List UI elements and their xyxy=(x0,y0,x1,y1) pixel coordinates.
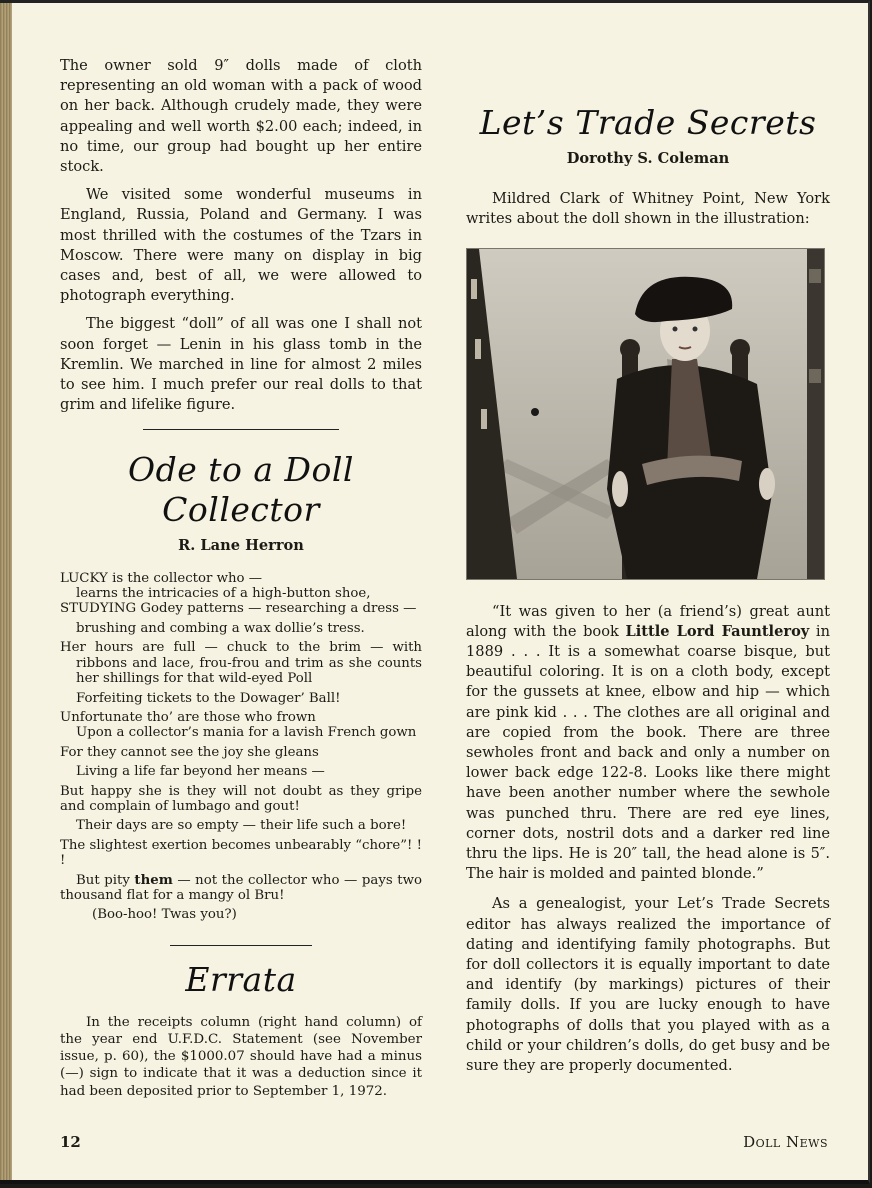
poem-line: LUCKY is the collector who — xyxy=(60,571,422,586)
poem-line: Forfeiting tickets to the Dowager’ Ball! xyxy=(60,691,422,706)
poem-line: learns the intricacies of a high-button … xyxy=(60,586,422,601)
ode-title: Ode to a Doll Collector xyxy=(60,450,422,530)
doll-photo-image xyxy=(467,249,824,579)
poem-line: STUDYING Godey patterns — researching a … xyxy=(60,601,422,616)
poem-line: For they cannot see the joy she gleans xyxy=(60,745,422,760)
poem-line: Unfortunate tho’ are those who frown xyxy=(60,710,422,725)
intro-paragraph: We visited some wonderful museums in Eng… xyxy=(60,185,422,306)
poem-line: brushing and combing a wax dollie’s tres… xyxy=(60,621,422,636)
intro-paragraph: The biggest “doll” of all was one I shal… xyxy=(60,314,422,415)
ode-poem: LUCKY is the collector who — learns the … xyxy=(60,571,422,923)
publication-name: Doll News xyxy=(743,1133,828,1151)
poem-line: Their days are so empty — their life suc… xyxy=(60,818,422,833)
column-title: Let’s Trade Secrets xyxy=(466,103,830,143)
intro-paragraph: Mildred Clark of Whitney Point, New York… xyxy=(466,189,830,229)
page-number: 12 xyxy=(60,1133,81,1151)
section-divider xyxy=(143,429,339,430)
right-column: Let’s Trade Secrets Dorothy S. Coleman M… xyxy=(466,103,830,1084)
intro-paragraph: The owner sold 9″ dolls made of cloth re… xyxy=(60,56,422,177)
section-divider xyxy=(170,945,312,946)
poem-line: But happy she is they will not doubt as … xyxy=(60,784,422,815)
poem-text: But pity xyxy=(76,873,134,888)
book-title: Little Lord Fauntleroy xyxy=(625,623,809,640)
closing-paragraph: As a genealogist, your Let’s Trade Secre… xyxy=(466,894,830,1076)
poem-line: The slightest exertion becomes unbearabl… xyxy=(60,838,422,869)
poem-line: Living a life far beyond her means — xyxy=(60,764,422,779)
column-author: Dorothy S. Coleman xyxy=(466,149,830,169)
magazine-page: The owner sold 9″ dolls made of cloth re… xyxy=(0,0,870,1184)
poem-line: Upon a collector’s mania for a lavish Fr… xyxy=(60,725,422,740)
errata-text: In the receipts column (right hand colum… xyxy=(60,1014,422,1100)
quote-text: in 1889 . . . It is a somewhat coarse bi… xyxy=(466,623,830,882)
poem-emphasis: them xyxy=(134,873,172,888)
doll-photograph xyxy=(466,248,825,580)
poem-line: Her hours are full — chuck to the brim —… xyxy=(60,640,422,686)
poem-line: But pity them — not the collector who — … xyxy=(60,873,422,904)
left-column: The owner sold 9″ dolls made of cloth re… xyxy=(60,56,422,1108)
errata-title: Errata xyxy=(60,960,422,1000)
ode-author: R. Lane Herron xyxy=(60,536,422,556)
book-page-edges xyxy=(0,3,12,1180)
quote-paragraph: “It was given to her (a friend’s) great … xyxy=(466,602,830,885)
poem-line: (Boo-hoo! Twas you?) xyxy=(60,907,422,922)
